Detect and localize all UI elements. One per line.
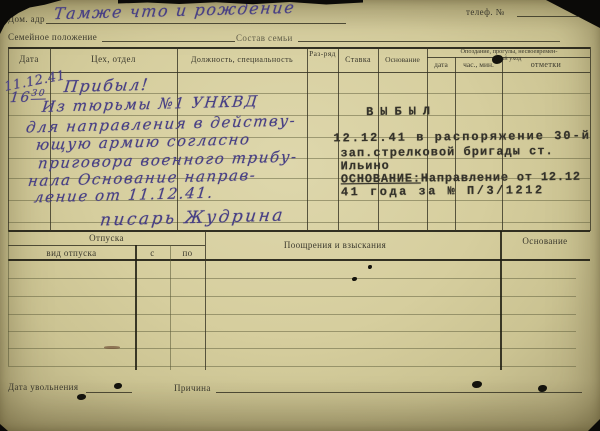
col-dept: Цех, отдел xyxy=(50,54,177,64)
clipped-corner-top-right xyxy=(546,0,600,28)
table-v-left xyxy=(8,47,9,231)
table-v-position xyxy=(307,47,308,231)
leave-from-col: с xyxy=(135,248,170,258)
leave-v-to xyxy=(170,245,171,370)
ink-blot xyxy=(538,385,547,392)
entry-line-7: ление от 11.12.41. xyxy=(33,184,215,207)
entry-time-handwriting: 1630 xyxy=(9,89,47,107)
rust-smudge xyxy=(104,346,120,349)
leave-type-col: вид отпуска xyxy=(8,248,135,258)
leave-group-underline xyxy=(8,245,205,246)
marital-status-line xyxy=(102,41,235,42)
departure-stamp: ВЫБЫЛ 12.12.41 в распоряжение 30-й зап.с… xyxy=(333,103,600,106)
col-rate: Ставка xyxy=(338,55,378,64)
ruled-line xyxy=(8,331,576,332)
ruled-line xyxy=(8,314,576,315)
family-line xyxy=(298,41,560,42)
col-late-marks: отметки xyxy=(502,60,590,69)
col-grade: Раз-ряд xyxy=(308,50,337,58)
col-late-date: дата xyxy=(427,60,455,69)
phone-line xyxy=(517,16,578,17)
ruled-line xyxy=(8,366,576,367)
home-address-line xyxy=(46,23,346,24)
card-paper: Дом. адр Тамже что и рождение телеф. № С… xyxy=(0,0,600,431)
ink-blot xyxy=(77,394,86,400)
ruled-line xyxy=(8,278,576,279)
col-date: Дата xyxy=(8,54,50,64)
ink-blot xyxy=(114,383,122,389)
scanned-personnel-card: Дом. адр Тамже что и рождение телеф. № С… xyxy=(0,0,600,431)
dismissal-date-line xyxy=(86,392,132,393)
entry-time-hours: 16 xyxy=(9,90,32,107)
leave-v-left xyxy=(8,231,9,366)
col-basis: Основание xyxy=(378,55,427,64)
ink-blot xyxy=(472,381,482,388)
stamp-line-5: 41 года за № П/3/1212 xyxy=(341,183,545,199)
ink-dot xyxy=(368,265,372,269)
reason-line xyxy=(216,392,582,393)
clerk-signature: писарь Жудрина xyxy=(99,206,286,231)
stamp-title: ВЫБЫЛ xyxy=(366,104,437,119)
ink-dot xyxy=(352,277,357,281)
leave-basis-col: Основание xyxy=(500,236,590,246)
leave-group-label: Отпуска xyxy=(8,233,205,243)
rewards-col: Поощрения и взыскания xyxy=(205,240,465,250)
leave-v-from xyxy=(135,245,137,370)
reason-label: Причина xyxy=(174,383,211,393)
leave-v-rewards xyxy=(205,231,206,370)
leave-v-basis xyxy=(500,231,502,370)
dismissal-date-label: Дата увольнения xyxy=(8,382,78,392)
stamp-line-1: 12.12.41 в распоряжение 30-й xyxy=(333,129,591,146)
dark-corner-bottom-right xyxy=(588,419,600,431)
stamp-line-2: зап.стрелковой бригады ст. xyxy=(340,144,553,160)
ruled-line xyxy=(8,296,576,297)
entry-line-1: Прибыл! xyxy=(63,75,150,96)
dark-corner-bottom-left xyxy=(0,424,8,431)
col-position: Должность, специальность xyxy=(177,55,307,64)
phone-label: телеф. № xyxy=(466,7,505,17)
leave-header-bottom xyxy=(8,259,590,261)
ruled-line xyxy=(8,348,576,349)
leave-to-col: по xyxy=(170,248,205,258)
marital-status-label: Семейное положение xyxy=(8,32,97,42)
family-label: Состав семьи xyxy=(236,33,293,43)
